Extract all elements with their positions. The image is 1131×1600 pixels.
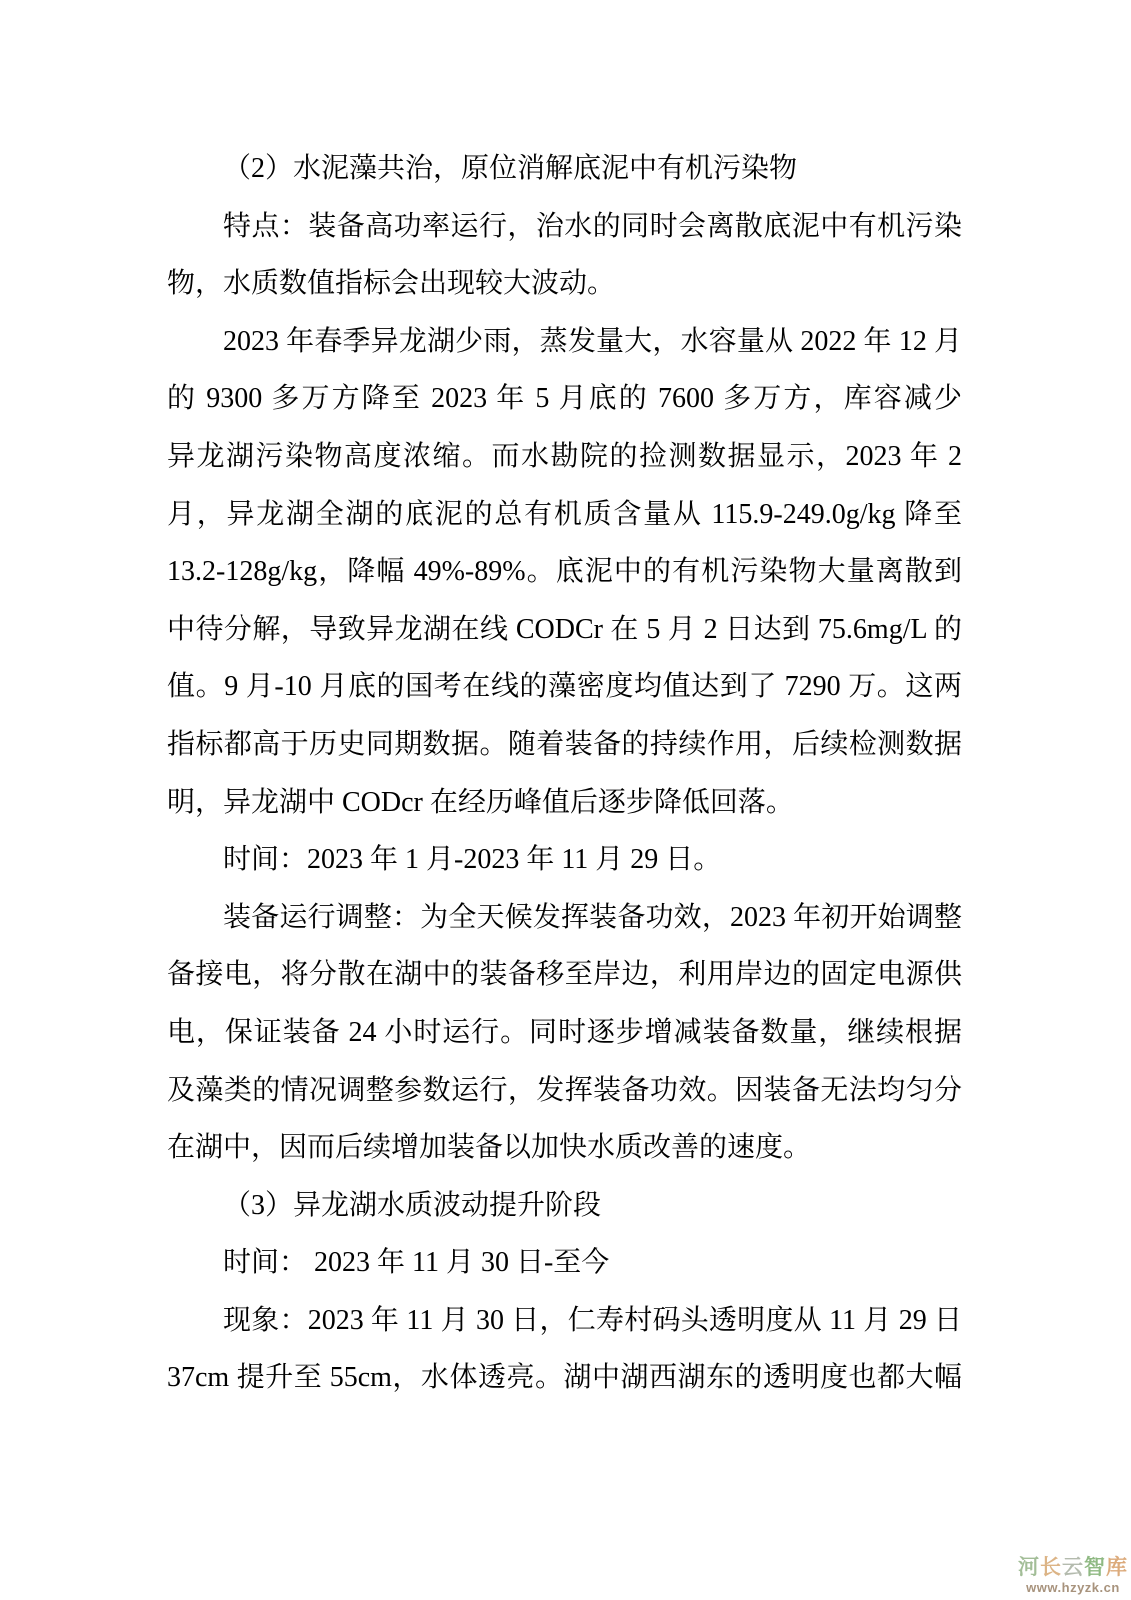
watermark-title: 河长云智库 <box>1018 1557 1128 1579</box>
watermark-char: 河 <box>1018 1556 1040 1579</box>
text-line: 2023 年春季异龙湖少雨，蒸发量大，水容量从 2022 年 12 月底 <box>167 313 962 371</box>
text-line: 异龙湖污染物高度浓缩。而水勘院的捡测数据显示，2023 年 2 月-5 <box>167 428 962 486</box>
text-line: 值。9 月-10 月底的国考在线的藻密度均值达到了 7290 万。这两项 <box>167 658 962 716</box>
text-line: 37cm 提升至 55cm，水体透亮。湖中湖西湖东的透明度也都大幅提 <box>167 1349 962 1407</box>
text-line: 月，异龙湖全湖的底泥的总有机质含量从 115.9-249.0g/kg 降至 <box>167 486 962 544</box>
text-line: 13.2-128g/kg，降幅 49%-89%。底泥中的有机污染物大量离散到水 <box>167 543 962 601</box>
text-line: 在湖中，因而后续增加装备以加快水质改善的速度。 <box>167 1119 962 1177</box>
text-line: 指标都高于历史同期数据。随着装备的持续作用，后续检测数据表 <box>167 716 962 774</box>
text-line: 现象：2023 年 11 月 30 日，仁寿村码头透明度从 11 月 29 日的 <box>167 1292 962 1350</box>
watermark-char: 长 <box>1040 1556 1062 1579</box>
watermark: 河长云智库 www.hzyzk.cn <box>1018 1557 1128 1595</box>
text-line: 中待分解，导致异龙湖在线 CODCr 在 5 月 2 日达到 75.6mg/L … <box>167 601 962 659</box>
text-line: （3）异龙湖水质波动提升阶段 <box>167 1177 962 1235</box>
text-line: 特点：装备高功率运行，治水的同时会离散底泥中有机污染 <box>167 198 962 256</box>
text-line: 明，异龙湖中 CODcr 在经历峰值后逐步降低回落。 <box>167 774 962 832</box>
text-line: 备接电，将分散在湖中的装备移至岸边，利用岸边的固定电源供 <box>167 946 962 1004</box>
watermark-char: 云 <box>1062 1556 1084 1579</box>
watermark-char: 智 <box>1084 1556 1106 1579</box>
text-line: 时间：2023 年 1 月-2023 年 11 月 29 日。 <box>167 831 962 889</box>
watermark-url: www.hzyzk.cn <box>1018 1580 1128 1595</box>
text-line: 的 9300 多万方降至 2023 年 5 月底的 7600 多万方，库容减少 … <box>167 370 962 428</box>
text-line: 物，水质数值指标会出现较大波动。 <box>167 255 962 313</box>
document-page: （2）水泥藻共治，原位消解底泥中有机污染物特点：装备高功率运行，治水的同时会离散… <box>0 0 1131 1600</box>
document-text: （2）水泥藻共治，原位消解底泥中有机污染物特点：装备高功率运行，治水的同时会离散… <box>167 140 962 1407</box>
watermark-char: 库 <box>1106 1556 1128 1579</box>
text-line: 及藻类的情况调整参数运行，发挥装备功效。因装备无法均匀分布 <box>167 1062 962 1120</box>
text-line: （2）水泥藻共治，原位消解底泥中有机污染物 <box>167 140 962 198</box>
text-line: 时间： 2023 年 11 月 30 日-至今 <box>167 1234 962 1292</box>
text-line: 电，保证装备 24 小时运行。同时逐步增减装备数量，继续根据水质 <box>167 1004 962 1062</box>
text-line: 装备运行调整：为全天候发挥装备功效，2023 年初开始调整装 <box>167 889 962 947</box>
